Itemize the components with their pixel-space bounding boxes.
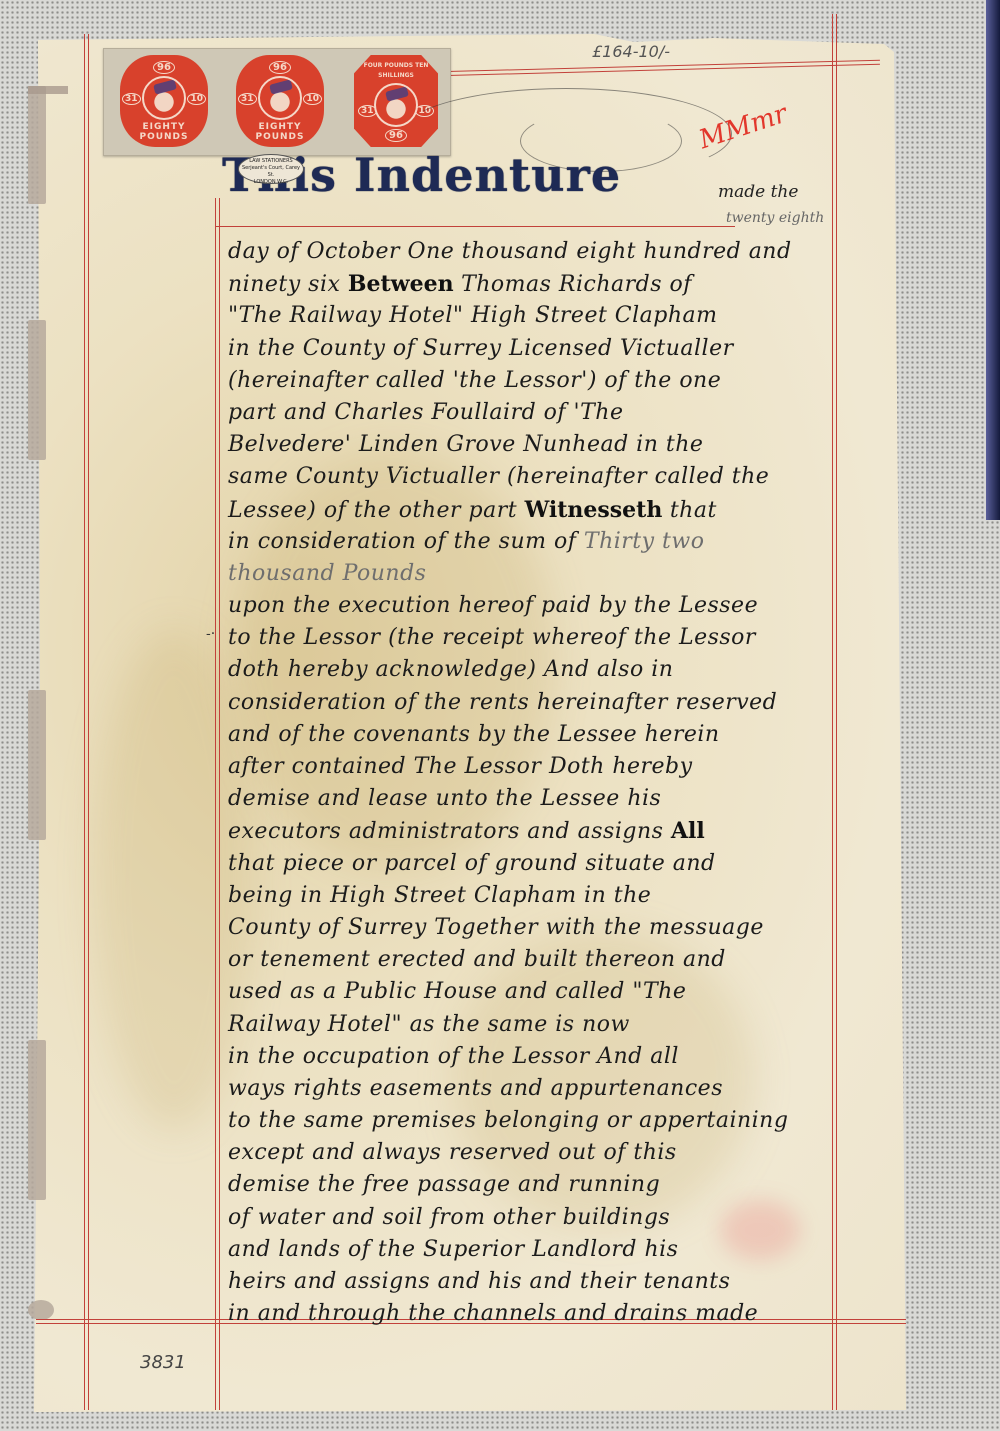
deed-line: part and Charles Foullaird of 'The bbox=[228, 397, 918, 429]
margin-rule bbox=[219, 198, 220, 1410]
line-text: of water and soil from other buildings bbox=[228, 1205, 670, 1230]
deed-line: Belvedere' Linden Grove Nunhead in the bbox=[228, 429, 918, 461]
top-rule bbox=[215, 226, 735, 227]
binding-ribbon bbox=[28, 690, 46, 840]
line-text: in the County of Surrey Licensed Victual… bbox=[228, 336, 734, 361]
binding-ribbon bbox=[28, 320, 46, 460]
pencil-fill: Thirty two bbox=[584, 529, 705, 554]
margin-rule bbox=[88, 34, 89, 1410]
queen-head-icon bbox=[258, 76, 302, 120]
revenue-stamp: 96 31 10 EIGHTY POUNDS bbox=[236, 55, 324, 147]
deed-line: in the occupation of the Lessor And all bbox=[228, 1041, 918, 1073]
stamp-value: EIGHTY bbox=[258, 122, 301, 132]
line-text: day of October One thousand eight hundre… bbox=[228, 239, 792, 264]
deed-line: in consideration of the sum of Thirty tw… bbox=[228, 526, 918, 558]
line-text: Railway Hotel" as the same is now bbox=[228, 1012, 630, 1037]
revenue-stamp: 96 31 10 EIGHTY POUNDS bbox=[120, 55, 208, 147]
line-text: that bbox=[662, 498, 716, 523]
deed-line: executors administrators and assigns All bbox=[228, 815, 918, 847]
date-fill-text: twenty eighth bbox=[726, 210, 824, 226]
stamp-value: EIGHTY bbox=[142, 122, 185, 132]
line-text: upon the execution hereof paid by the Le… bbox=[228, 593, 758, 618]
deed-body: day of October One thousand eight hundre… bbox=[228, 236, 918, 1330]
line-text: demise and lease unto the Lessee his bbox=[228, 786, 661, 811]
deed-line: same County Victualler (hereinafter call… bbox=[228, 461, 918, 493]
deed-line: County of Surrey Together with the messu… bbox=[228, 912, 918, 944]
stamp-value: FOUR POUNDS TEN SHILLINGS bbox=[354, 61, 438, 81]
line-text: and lands of the Superior Landlord his bbox=[228, 1237, 678, 1262]
revenue-stamp-strip: 96 31 10 EIGHTY POUNDS 96 31 10 EIGHTY P… bbox=[103, 48, 451, 156]
margin-rule bbox=[84, 34, 85, 1410]
line-text: Belvedere' Linden Grove Nunhead in the bbox=[228, 432, 703, 457]
line-text: Lessee) of the other part bbox=[228, 498, 525, 523]
binding-ribbon bbox=[28, 1040, 46, 1200]
line-text: consideration of the rents hereinafter r… bbox=[228, 690, 777, 715]
line-text: to the same premises belonging or appert… bbox=[228, 1108, 788, 1133]
line-text: except and always reserved out of this bbox=[228, 1140, 677, 1165]
deed-line: (hereinafter called 'the Lessor') of the… bbox=[228, 365, 918, 397]
deed-line: or tenement erected and built thereon an… bbox=[228, 944, 918, 976]
deed-line: demise and lease unto the Lessee his bbox=[228, 783, 918, 815]
deed-line: and of the covenants by the Lessee herei… bbox=[228, 719, 918, 751]
blackletter-keyword: All bbox=[671, 818, 705, 844]
binding-ribbon bbox=[28, 86, 68, 94]
line-text: part and Charles Foullaird of 'The bbox=[228, 400, 623, 425]
line-text: used as a Public House and called "The bbox=[228, 979, 686, 1004]
line-text: ninety six bbox=[228, 272, 348, 297]
stamp-value: POUNDS bbox=[255, 132, 304, 142]
blackletter-keyword: Between bbox=[348, 271, 454, 297]
deed-line: to the Lessor (the receipt whereof the L… bbox=[228, 622, 918, 654]
deed-line: in the County of Surrey Licensed Victual… bbox=[228, 333, 918, 365]
stamp-value: POUNDS bbox=[139, 132, 188, 142]
line-text: executors administrators and assigns bbox=[228, 819, 671, 844]
binding-ribbon bbox=[28, 86, 46, 204]
deed-line: demise the free passage and running bbox=[228, 1169, 918, 1201]
deed-line: consideration of the rents hereinafter r… bbox=[228, 687, 918, 719]
deed-line: "The Railway Hotel" High Street Clapham bbox=[228, 300, 918, 332]
deed-line: used as a Public House and called "The bbox=[228, 976, 918, 1008]
deed-line: ninety six Between Thomas Richards of bbox=[228, 268, 918, 300]
deed-line: day of October One thousand eight hundre… bbox=[228, 236, 918, 268]
line-text: heirs and assigns and his and their tena… bbox=[228, 1269, 730, 1294]
deed-line: upon the execution hereof paid by the Le… bbox=[228, 590, 918, 622]
line-text: County of Surrey Together with the messu… bbox=[228, 915, 764, 940]
line-text: being in High Street Clapham in the bbox=[228, 883, 651, 908]
background-edge bbox=[986, 0, 1000, 520]
pencil-price-note: £164-10/- bbox=[592, 42, 670, 61]
queen-head-icon bbox=[142, 76, 186, 120]
line-text: ways rights easements and appurtenances bbox=[228, 1076, 723, 1101]
line-text: "The Railway Hotel" High Street Clapham bbox=[228, 303, 718, 328]
margin-rule bbox=[215, 198, 216, 1410]
line-text: after contained The Lessor Doth hereby bbox=[228, 754, 693, 779]
deed-line: that piece or parcel of ground situate a… bbox=[228, 848, 918, 880]
binding-loop bbox=[28, 1300, 54, 1320]
line-text: and of the covenants by the Lessee herei… bbox=[228, 722, 720, 747]
line-text: that piece or parcel of ground situate a… bbox=[228, 851, 716, 876]
deed-line: and lands of the Superior Landlord his bbox=[228, 1234, 918, 1266]
deed-line: Lessee) of the other part Witnesseth tha… bbox=[228, 494, 918, 526]
stamp-right-number: 10 bbox=[187, 93, 206, 105]
deed-line: heirs and assigns and his and their tena… bbox=[228, 1266, 918, 1298]
line-text: same County Victualler (hereinafter call… bbox=[228, 464, 769, 489]
stationer-label: LAW STATIONERS Serjeant's Court, Carey S… bbox=[238, 154, 304, 184]
line-text: in consideration of the sum of bbox=[228, 529, 584, 554]
line-text: to the Lessor (the receipt whereof the L… bbox=[228, 625, 756, 650]
stationer-line: Serjeant's Court, Carey St. bbox=[239, 165, 303, 179]
deed-line: thousand Pounds bbox=[228, 558, 918, 590]
margin-tick-mark: -· bbox=[206, 626, 215, 642]
deed-line: after contained The Lessor Doth hereby bbox=[228, 751, 918, 783]
line-text: doth hereby acknowledge) And also in bbox=[228, 657, 673, 682]
deed-line: except and always reserved out of this bbox=[228, 1137, 918, 1169]
deed-line: in and through the channels and drains m… bbox=[228, 1298, 918, 1330]
stationer-line: LONDON W.C. bbox=[239, 179, 303, 186]
deed-line: doth hereby acknowledge) And also in bbox=[228, 654, 918, 686]
stamp-right-number: 10 bbox=[303, 93, 322, 105]
pencil-fill: thousand Pounds bbox=[228, 561, 426, 586]
archive-number: 3831 bbox=[140, 1352, 186, 1373]
line-text: in and through the channels and drains m… bbox=[228, 1301, 758, 1326]
deed-line: being in High Street Clapham in the bbox=[228, 880, 918, 912]
stamp-left-number: 31 bbox=[122, 93, 141, 105]
deed-line: ways rights easements and appurtenances bbox=[228, 1073, 918, 1105]
deed-line: Railway Hotel" as the same is now bbox=[228, 1009, 918, 1041]
deed-line: to the same premises belonging or appert… bbox=[228, 1105, 918, 1137]
line-text: (hereinafter called 'the Lessor') of the… bbox=[228, 368, 721, 393]
line-text: in the occupation of the Lessor And all bbox=[228, 1044, 679, 1069]
blackletter-keyword: Witnesseth bbox=[525, 497, 663, 523]
stamp-year: 96 bbox=[153, 61, 175, 74]
line-text: demise the free passage and running bbox=[228, 1172, 660, 1197]
stationer-line: LAW STATIONERS bbox=[239, 158, 303, 165]
red-ink-smudge bbox=[720, 1200, 800, 1260]
stamp-year: 96 bbox=[269, 61, 291, 74]
stamp-left-number: 31 bbox=[238, 93, 257, 105]
line-text: or tenement erected and built thereon an… bbox=[228, 947, 726, 972]
line-text: Thomas Richards of bbox=[454, 272, 692, 297]
deed-line: of water and soil from other buildings bbox=[228, 1202, 918, 1234]
made-the-text: made the bbox=[718, 182, 798, 202]
